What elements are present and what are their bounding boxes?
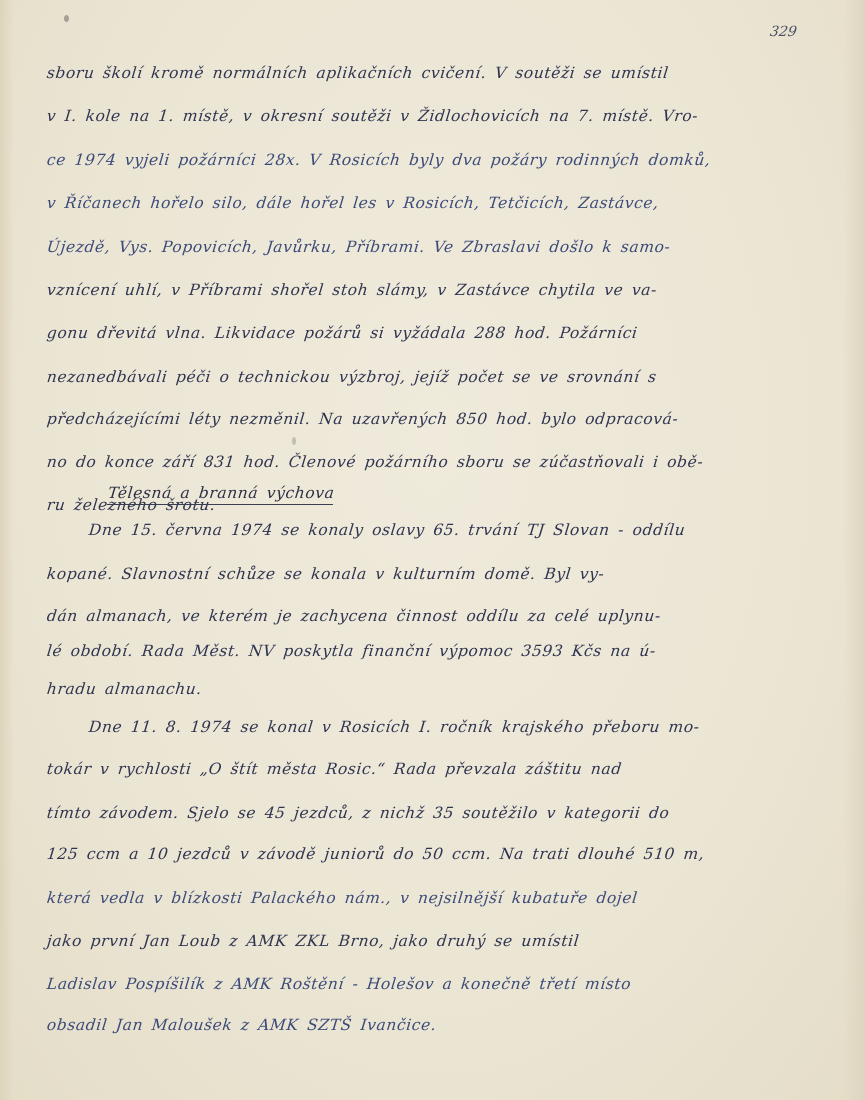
text-line: předcházejícími léty nezměnil. Na uzavře… <box>46 410 679 428</box>
text-line: sboru školí kromě normálních aplikačních… <box>46 64 670 82</box>
text-line: Ladislav Pospíšilík z AMK Roštění - Hole… <box>46 975 632 993</box>
text-line: no do konce září 831 hod. Členové požárn… <box>46 453 704 471</box>
text-line: Újezdě, Vys. Popovicích, Javůrku, Příbra… <box>46 238 671 256</box>
text-line: ce 1974 vyjeli požárníci 28x. V Rosicích… <box>46 151 711 169</box>
page-number: 329 <box>769 24 798 40</box>
ink-blot <box>292 437 296 445</box>
text-line: hradu almanachu. <box>46 680 203 698</box>
ink-blot <box>64 15 69 22</box>
text-line: tímto závodem. Sjelo se 45 jezdců, z nic… <box>46 804 670 822</box>
text-line: nezanedbávali péči o technickou výzbroj,… <box>46 368 658 386</box>
text-line: dán almanach, ve kterém je zachycena čin… <box>46 607 662 625</box>
section-heading: Tělesná a branná výchova <box>107 484 336 505</box>
text-line: v I. kole na 1. místě, v okresní soutěži… <box>46 107 699 125</box>
text-line: obsadil Jan Maloušek z AMK SZTŠ Ivančice… <box>46 1016 437 1034</box>
text-line: kopané. Slavnostní schůze se konala v ku… <box>46 565 605 583</box>
text-line: jako první Jan Loub z AMK ZKL Brno, jako… <box>46 932 580 950</box>
handwritten-chronicle-page: 329 sboru školí kromě normálních aplikač… <box>0 0 865 1100</box>
text-line: 125 ccm a 10 jezdců v závodě juniorů do … <box>46 845 705 863</box>
text-line: vznícení uhlí, v Příbrami shořel stoh sl… <box>46 281 658 299</box>
text-line: lé období. Rada Měst. NV poskytla finanč… <box>46 642 657 660</box>
text-line: Dne 11. 8. 1974 se konal v Rosicích I. r… <box>88 718 701 736</box>
text-line: gonu dřevitá vlna. Likvidace požárů si v… <box>46 324 639 342</box>
text-line: která vedla v blízkosti Palackého nám., … <box>46 889 639 907</box>
text-line: v Říčanech hořelo silo, dále hořel les v… <box>46 194 660 212</box>
text-line: Dne 15. června 1974 se konaly oslavy 65.… <box>88 521 686 539</box>
text-line: tokár v rychlosti „O štít města Rosic.“ … <box>46 760 623 778</box>
